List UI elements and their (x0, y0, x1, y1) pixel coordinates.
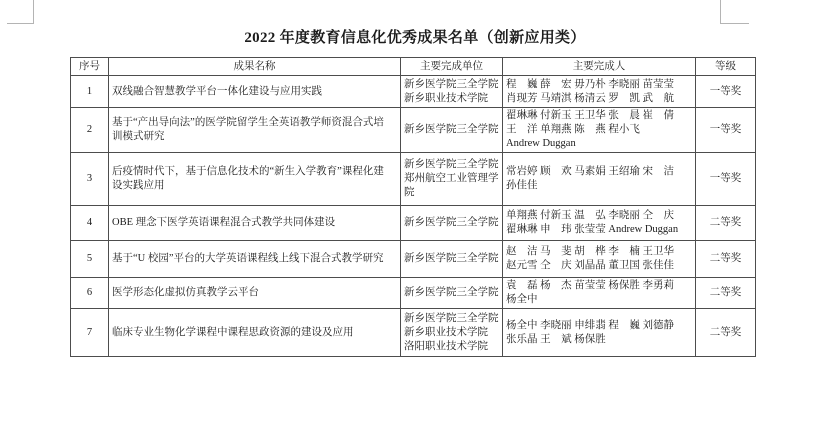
cell-main-contributors: 程 巍 薛 宏 毋乃朴 李晓丽 苗莹莹 肖现芳 马靖淇 杨清云 罗 凯 武 航 (503, 76, 696, 108)
cell-achievement-name: 后疫情时代下，基于信息化技术的“新生入学教育”课程化建 设实践应用 (109, 153, 401, 206)
col-header-main-contributors: 主要完成人 (503, 58, 696, 76)
cell-serial: 6 (71, 278, 109, 309)
cell-level: 二等奖 (696, 278, 756, 309)
cell-serial: 2 (71, 108, 109, 153)
document-page: 2022 年度教育信息化优秀成果名单（创新应用类） 序号 成果名称 主要完成单位… (0, 0, 830, 424)
cell-main-unit: 新乡医学院三全学院 (401, 241, 503, 278)
cell-achievement-name: 基于“产出导向法”的医学院留学生全英语教学师资混合式培 训模式研究 (109, 108, 401, 153)
table-row: 2 基于“产出导向法”的医学院留学生全英语教学师资混合式培 训模式研究 新乡医学… (71, 108, 756, 153)
cell-level: 一等奖 (696, 108, 756, 153)
text-boundary-mark-left (7, 0, 34, 24)
cell-serial: 4 (71, 206, 109, 241)
cell-achievement-name: 双线融合智慧教学平台一体化建设与应用实践 (109, 76, 401, 108)
cell-level: 二等奖 (696, 206, 756, 241)
cell-main-unit: 新乡医学院三全学院 (401, 108, 503, 153)
table-row: 5 基于“U 校园”平台的大学英语课程线上线下混合式教学研究 新乡医学院三全学院… (71, 241, 756, 278)
cell-main-contributors: 袁 磊 杨 杰 苗莹莹 杨保胜 李勇莉 杨全中 (503, 278, 696, 309)
table-row: 1 双线融合智慧教学平台一体化建设与应用实践 新乡医学院三全学院 新乡职业技术学… (71, 76, 756, 108)
cell-level: 二等奖 (696, 241, 756, 278)
table-row: 7 临床专业生物化学课程中课程思政资源的建设及应用 新乡医学院三全学院 新乡职业… (71, 309, 756, 357)
cell-achievement-name: 临床专业生物化学课程中课程思政资源的建设及应用 (109, 309, 401, 357)
cell-achievement-name: 基于“U 校园”平台的大学英语课程线上线下混合式教学研究 (109, 241, 401, 278)
cell-main-contributors: 翟琳琳 付新玉 王卫华 张 晨 崔 倩 王 洋 单翔燕 陈 燕 程小飞 Andr… (503, 108, 696, 153)
cell-serial: 1 (71, 76, 109, 108)
cell-serial: 7 (71, 309, 109, 357)
col-header-achievement-name: 成果名称 (109, 58, 401, 76)
cell-main-unit: 新乡医学院三全学院 新乡职业技术学院 洛阳职业技术学院 (401, 309, 503, 357)
cell-main-contributors: 杨全中 李晓丽 申绯翡 程 巍 刘德静 张乐晶 王 斌 杨保胜 (503, 309, 696, 357)
table-row: 4 OBE 理念下医学英语课程混合式教学共同体建设 新乡医学院三全学院 单翔燕 … (71, 206, 756, 241)
cell-achievement-name: 医学形态化虚拟仿真教学云平台 (109, 278, 401, 309)
cell-achievement-name: OBE 理念下医学英语课程混合式教学共同体建设 (109, 206, 401, 241)
col-header-level: 等级 (696, 58, 756, 76)
cell-level: 二等奖 (696, 309, 756, 357)
cell-serial: 5 (71, 241, 109, 278)
cell-level: 一等奖 (696, 153, 756, 206)
cell-main-unit: 新乡医学院三全学院 郑州航空工业管理学 院 (401, 153, 503, 206)
cell-main-unit: 新乡医学院三全学院 (401, 278, 503, 309)
col-header-serial: 序号 (71, 58, 109, 76)
cell-serial: 3 (71, 153, 109, 206)
cell-main-contributors: 单翔燕 付新玉 温 弘 李晓丽 仝 庆 翟琳琳 申 玮 张莹莹 Andrew D… (503, 206, 696, 241)
table-row: 6 医学形态化虚拟仿真教学云平台 新乡医学院三全学院 袁 磊 杨 杰 苗莹莹 杨… (71, 278, 756, 309)
table-row: 3 后疫情时代下，基于信息化技术的“新生入学教育”课程化建 设实践应用 新乡医学… (71, 153, 756, 206)
cell-main-unit: 新乡医学院三全学院 新乡职业技术学院 (401, 76, 503, 108)
col-header-main-unit: 主要完成单位 (401, 58, 503, 76)
results-table: 序号 成果名称 主要完成单位 主要完成人 等级 1 双线融合智慧教学平台一体化建… (70, 57, 756, 357)
text-boundary-mark-right (720, 0, 749, 24)
cell-main-contributors: 常岩婷 顾 欢 马素娟 王绍瑜 宋 洁 孙佳佳 (503, 153, 696, 206)
cell-main-contributors: 赵 洁 马 斐 胡 桦 李 楠 王卫华 赵元雪 仝 庆 刘晶晶 董卫国 张佳佳 (503, 241, 696, 278)
page-title: 2022 年度教育信息化优秀成果名单（创新应用类） (0, 26, 830, 47)
cell-main-unit: 新乡医学院三全学院 (401, 206, 503, 241)
cell-level: 一等奖 (696, 76, 756, 108)
table-header-row: 序号 成果名称 主要完成单位 主要完成人 等级 (71, 58, 756, 76)
